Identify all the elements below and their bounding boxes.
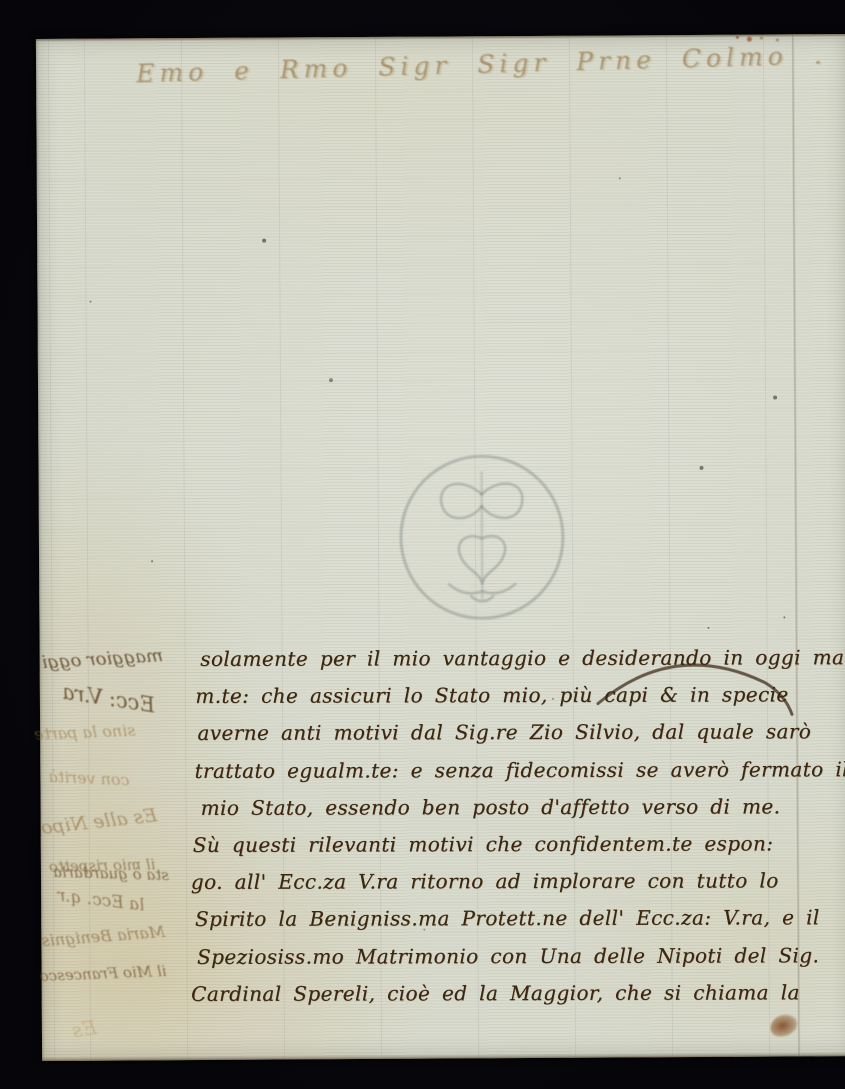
show-through-fragment: Es bbox=[70, 1015, 98, 1042]
manuscript-line-6: Sù questi rilevanti motivi che confident… bbox=[193, 825, 841, 864]
manuscript-line-2: m.te: che assicuri lo Stato mio, più cap… bbox=[195, 676, 840, 715]
show-through-fragment: Maria Benignis bbox=[41, 922, 166, 950]
rust-marks bbox=[736, 36, 739, 39]
manuscript-line-10: Cardinal Spereli, cioè ed la Maggior, ch… bbox=[191, 974, 841, 1013]
manuscript-line-8: Spirito la Benigniss.ma Protett.ne dell'… bbox=[195, 900, 841, 939]
show-through-fragment: maggior oggi bbox=[41, 645, 163, 673]
manuscript-line-3: averne anti motivi dal Sig.re Zio Silvio… bbox=[197, 714, 840, 753]
manuscript-line-7: go. all' Ecc.za V.ra ritorno ad implorar… bbox=[191, 862, 841, 901]
scan-background: Emo e Rmo Sigr Sigr Prne Colmo . maggior… bbox=[0, 0, 845, 1089]
manuscript-line-1: solamente per il mio vantaggio e desider… bbox=[200, 639, 840, 678]
manuscript-line-9: Speziosiss.mo Matrimonio con Una delle N… bbox=[197, 937, 841, 976]
letter-body: solamente per il mio vantaggio e desider… bbox=[200, 639, 841, 1013]
manuscript-line-4: trattato egualm.te: e senza fidecomissi … bbox=[195, 751, 841, 790]
paper-specks bbox=[36, 39, 38, 41]
show-through-fragment: la Ecc. q.r bbox=[56, 886, 145, 916]
show-through-fragment: sta ò guardarla bbox=[53, 863, 170, 884]
manuscript-page: Emo e Rmo Sigr Sigr Prne Colmo . maggior… bbox=[36, 34, 845, 1061]
show-through-fragment: il Mio Francesco bbox=[39, 962, 167, 985]
show-through-fragment: Ecc: V.ra bbox=[61, 680, 157, 718]
show-through-fragment: con verità bbox=[48, 767, 130, 790]
show-through-fragment: Es alle Nipo bbox=[40, 804, 158, 839]
show-through-fragment: sino la parte bbox=[34, 721, 136, 744]
manuscript-line-5: mio Stato, essendo ben posto d'affetto v… bbox=[201, 788, 841, 827]
